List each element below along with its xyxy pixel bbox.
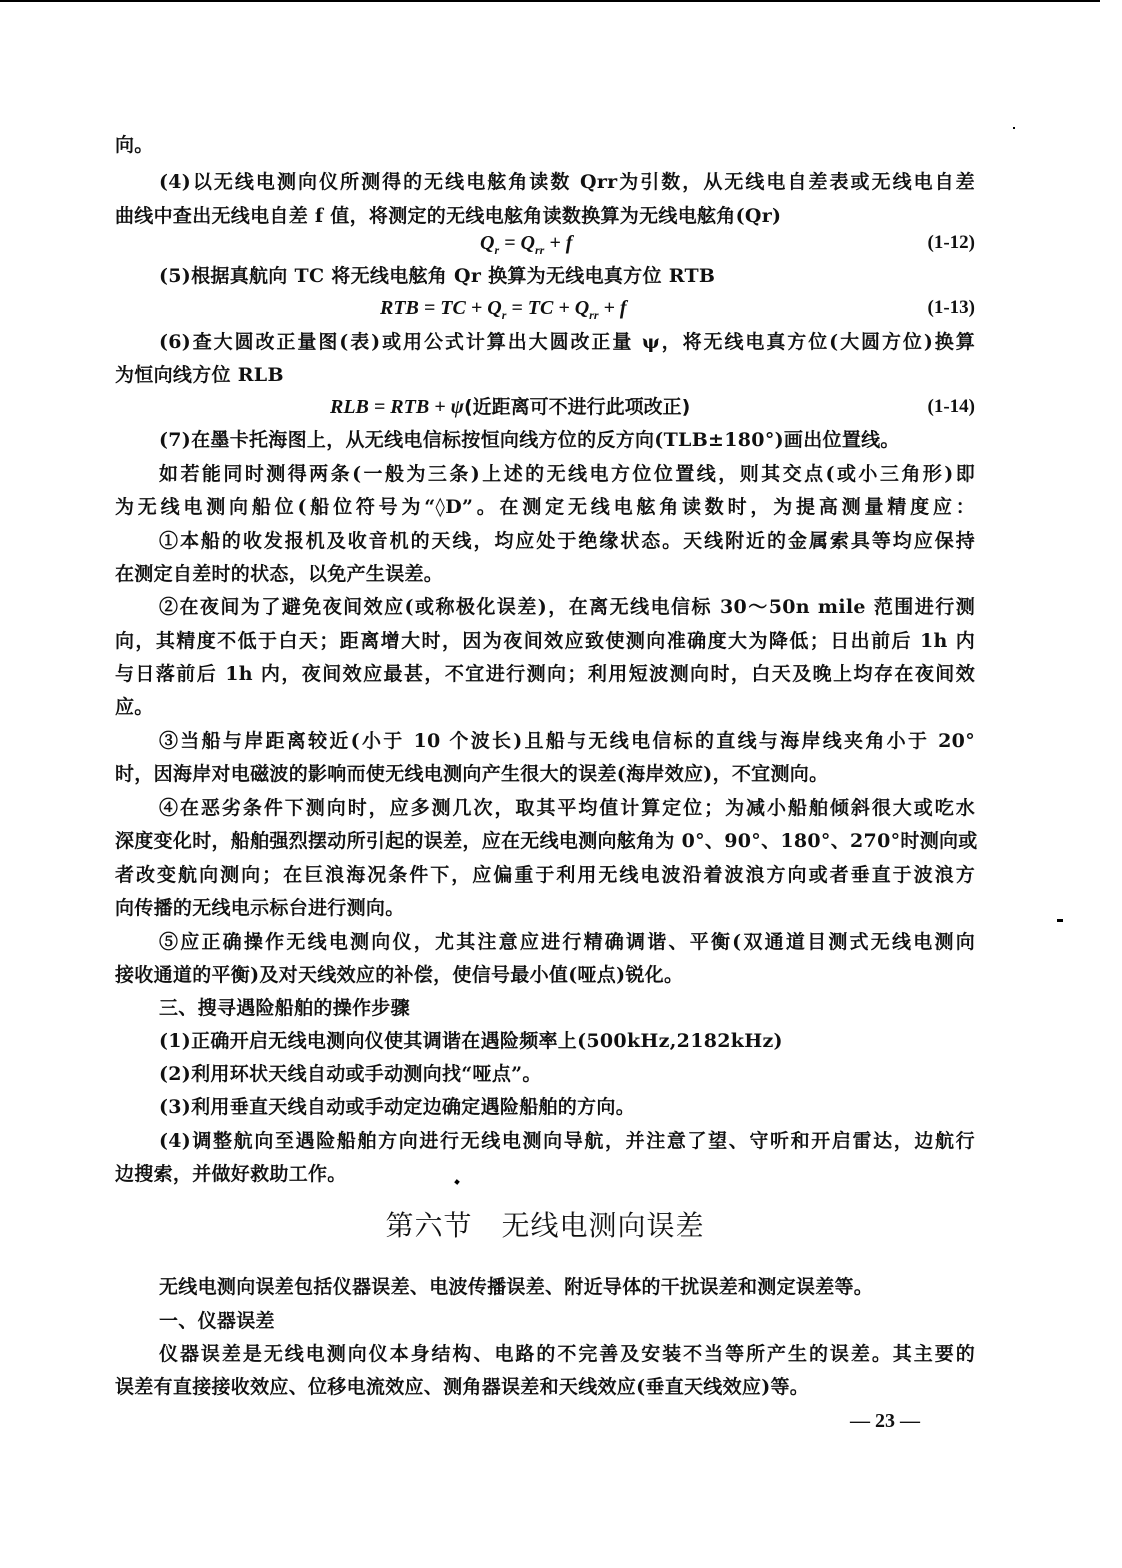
- paragraph-line: ②在夜间为了避免夜间效应(或称极化误差)，在离无线电信标 30～50n mile…: [159, 590, 975, 624]
- page-number: — 23 —: [850, 1410, 920, 1433]
- paragraph-line: 边搜索，并做好救助工作。: [115, 1157, 347, 1191]
- page-top-border: [0, 0, 1100, 2]
- paragraph-line: 为恒向线方位 RLB: [115, 358, 284, 392]
- paragraph-line: 无线电测向误差包括仪器误差、电波传播误差、附近导体的干扰误差和测定误差等。: [159, 1270, 873, 1304]
- equation-number: (1-13): [928, 291, 975, 325]
- paragraph-line: 深度变化时，船舶强烈摆动所引起的误差，应在无线电测向舷角为 0°、90°、180…: [115, 824, 975, 858]
- paragraph-line: 为无线电测向船位(船位符号为“◊D”。在测定无线电舷角读数时，为提高测量精度应：: [115, 490, 975, 524]
- paragraph-line: 如若能同时测得两条(一般为三条)上述的无线电方位位置线，则其交点(或小三角形)即: [159, 457, 975, 491]
- scan-speck: [1057, 919, 1063, 922]
- paragraph-line: 向，其精度不低于白天；距离增大时，因为夜间效应致使测向准确度大为降低；日出前后 …: [115, 624, 975, 658]
- paragraph-line: ③当船与岸距离较近(小于 10 个波长)且船与无线电信标的直线与海岸线夹角小于 …: [159, 724, 975, 758]
- subsection-heading: 三、搜寻遇险船舶的操作步骤: [159, 991, 410, 1025]
- paragraph-line: (4)调整航向至遇险船舶方向进行无线电测向导航，并注意了望、守听和开启雷达，边航…: [159, 1124, 975, 1158]
- subsection-heading: 一、仪器误差: [159, 1304, 275, 1338]
- paragraph-line: 与日落前后 1h 内，夜间效应最甚，不宜进行测向；利用短波测向时，白天及晚上均存…: [115, 657, 975, 691]
- paragraph-line: 在测定自差时的状态，以免产生误差。: [115, 557, 443, 591]
- section-title: 第六节 无线电测向误差: [115, 1204, 975, 1244]
- paragraph-line: (4)以无线电测向仪所测得的无线电舷角读数 Qrr为引数，从无线电自差表或无线电…: [159, 165, 975, 199]
- equation-number: (1-14): [928, 390, 975, 424]
- paragraph-line: (1)正确开启无线电测向仪使其调谐在遇险频率上(500kHz,2182kHz): [159, 1024, 783, 1058]
- paragraph-line: ④在恶劣条件下测向时，应多测几次，取其平均值计算定位；为减小船舶倾斜很大或吃水: [159, 791, 975, 825]
- paragraph-line: 接收通道的平衡)及对天线效应的补偿，使信号最小值(哑点)锐化。: [115, 958, 683, 992]
- paragraph-line: 向传播的无线电示标台进行测向。: [115, 891, 405, 925]
- paragraph-line: (2)利用环状天线自动或手动测向找“哑点”。: [159, 1057, 542, 1091]
- scan-speck: [1013, 127, 1015, 129]
- paragraph-line: ⑤应正确操作无线电测向仪，尤其注意应进行精确调谐、平衡(双通道目测式无线电测向: [159, 925, 975, 959]
- paragraph-line: (6)查大圆改正量图(表)或用公式计算出大圆改正量 ψ，将无线电真方位(大圆方位…: [159, 325, 975, 359]
- paragraph-line: 应。: [115, 690, 154, 724]
- paragraph-line: 者改变航向测向；在巨浪海况条件下，应偏重于利用无线电波沿着波浪方向或者垂直于波浪…: [115, 858, 975, 892]
- equation-1-14: RLB = RTB + ψ(近距离可不进行此项改正): [330, 390, 690, 424]
- paragraph-line: 误差有直接接收效应、位移电流效应、测角器误差和天线效应(垂直天线效应)等。: [115, 1370, 809, 1404]
- paragraph-line: 向。: [115, 128, 154, 162]
- paragraph-line: ①本船的收发报机及收音机的天线，均应处于绝缘状态。天线附近的金属索具等均应保持: [159, 524, 975, 558]
- paragraph-line: (7)在墨卡托海图上，从无线电信标按恒向线方位的反方向(TLB±180°)画出位…: [159, 423, 900, 457]
- scan-speck: [454, 1179, 460, 1185]
- paragraph-line: (5)根据真航向 TC 将无线电舷角 Qr 换算为无线电真方位 RTB: [159, 259, 715, 293]
- paragraph-line: 时，因海岸对电磁波的影响而使无线电测向产生很大的误差(海岸效应)，不宜测向。: [115, 757, 828, 791]
- paragraph-line: (3)利用垂直天线自动或手动定边确定遇险船舶的方向。: [159, 1090, 635, 1124]
- equation-number: (1-12): [928, 226, 975, 260]
- paragraph-line: 仪器误差是无线电测向仪本身结构、电路的不完善及安装不当等所产生的误差。其主要的: [159, 1337, 975, 1371]
